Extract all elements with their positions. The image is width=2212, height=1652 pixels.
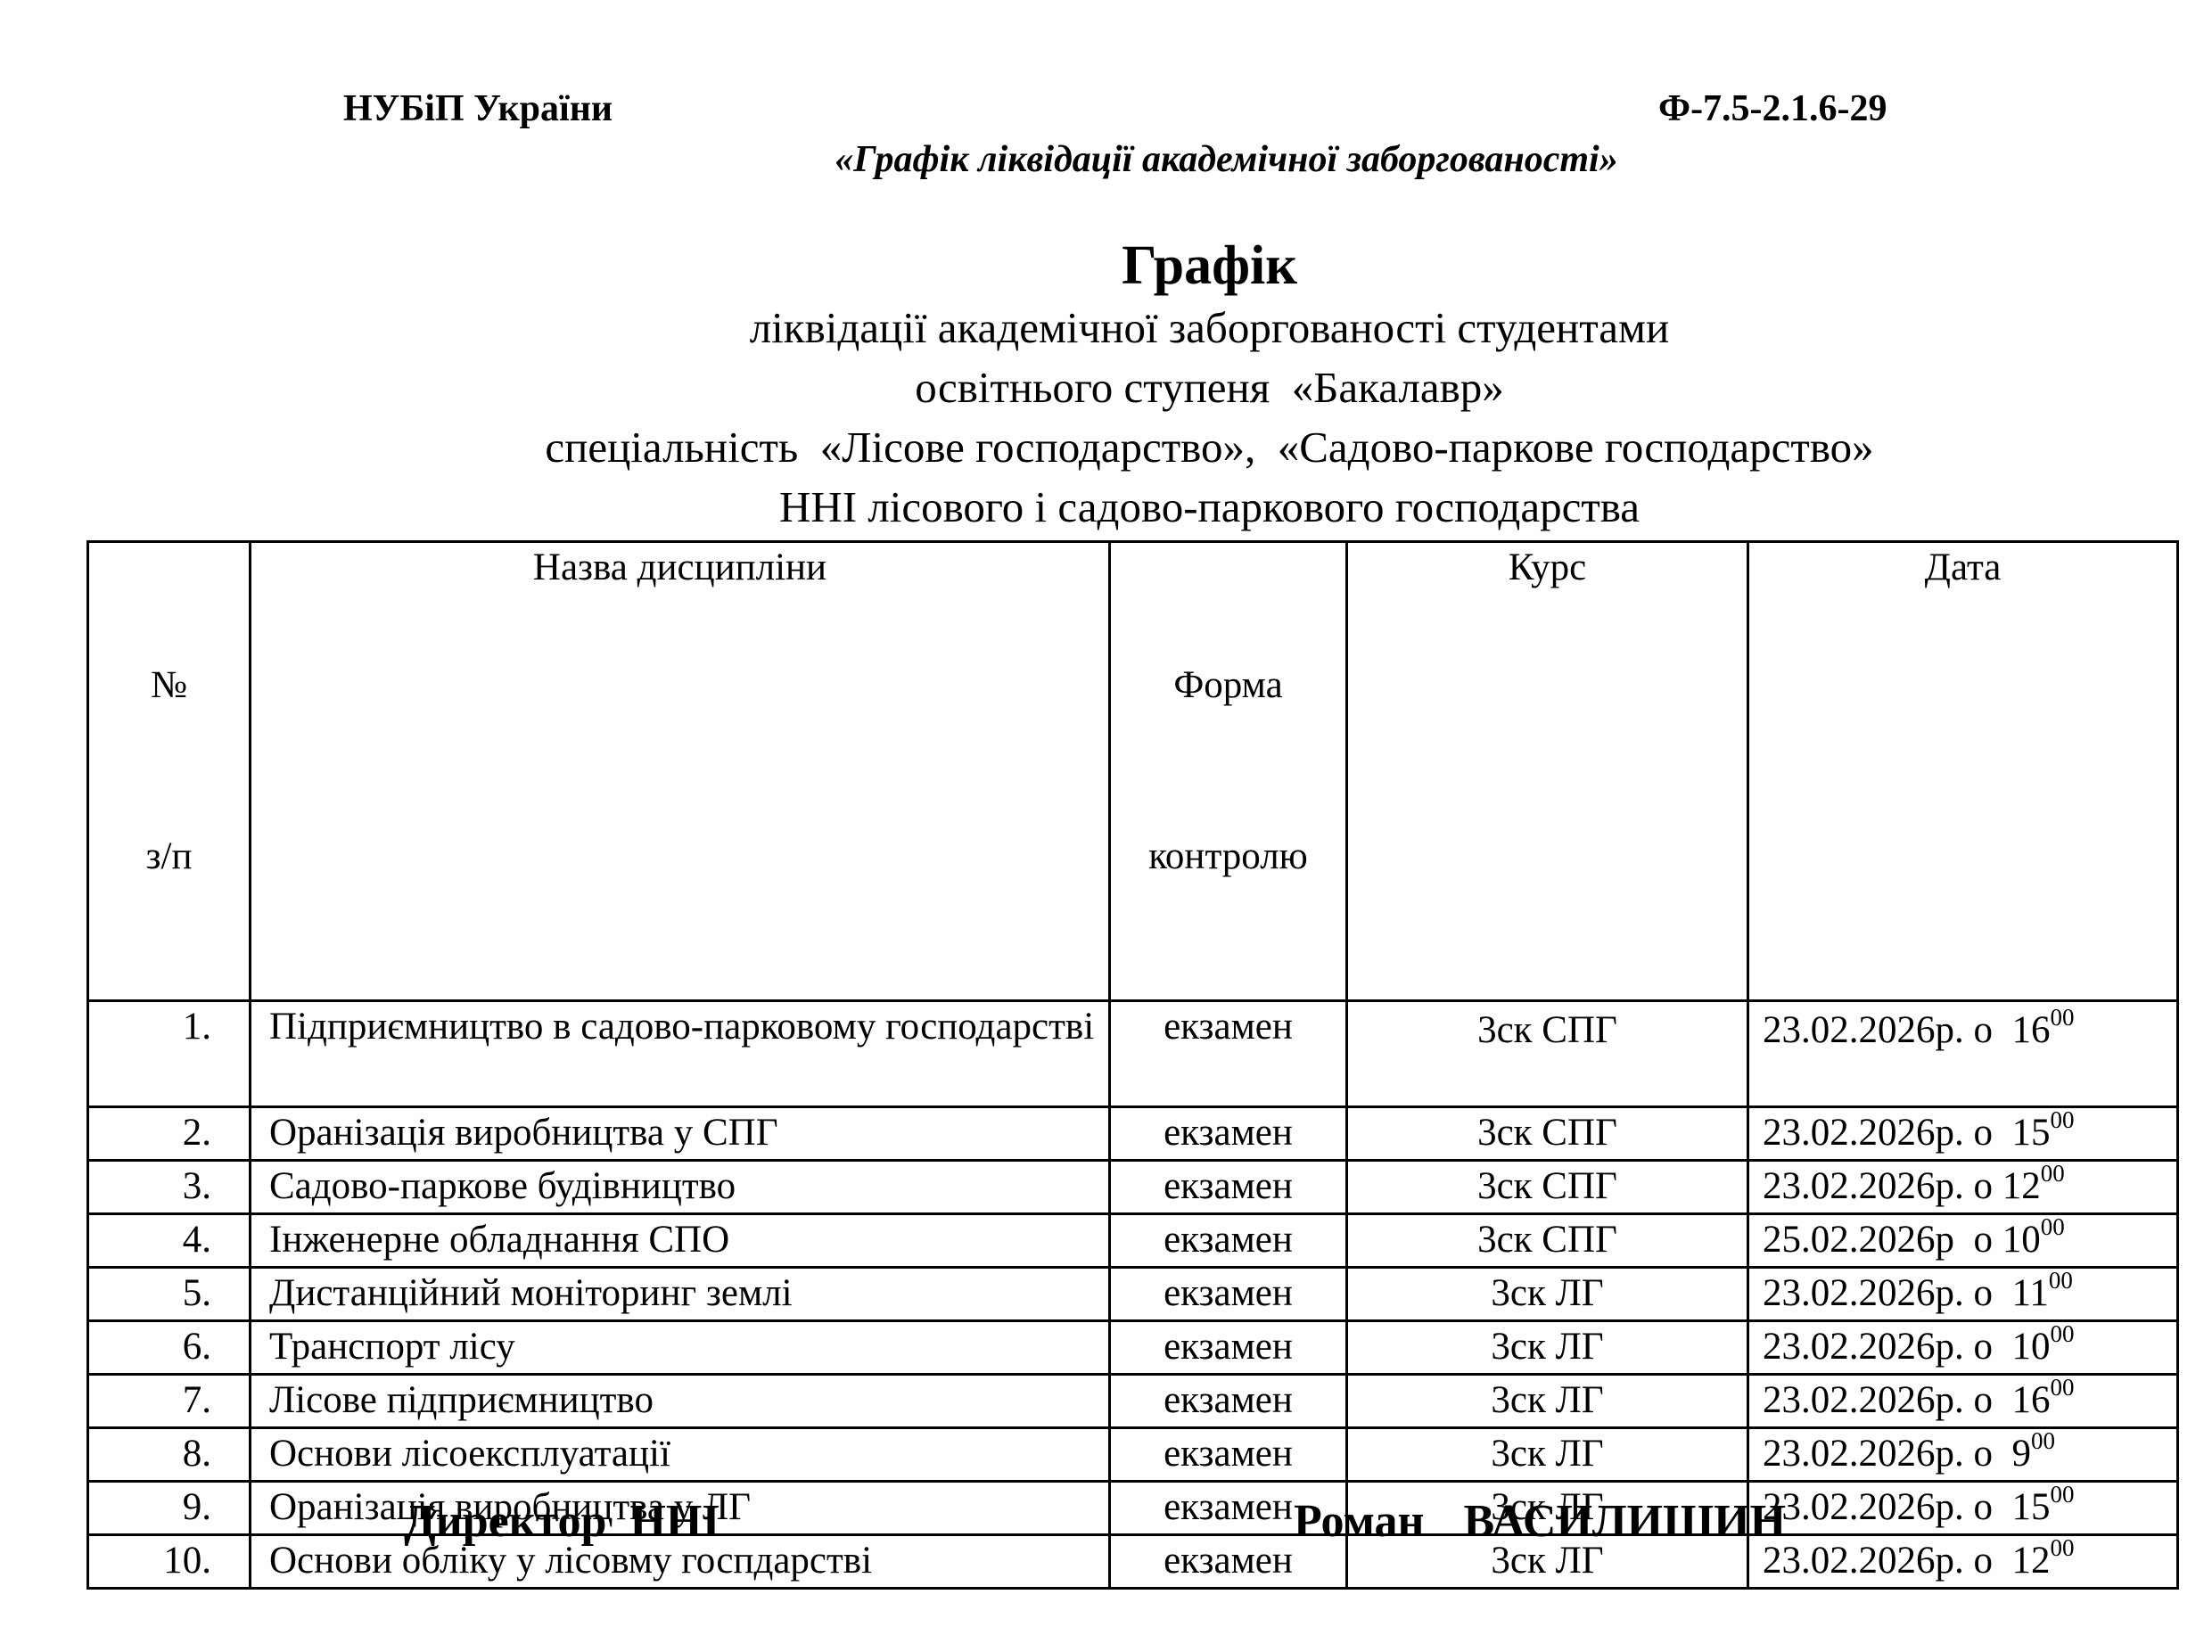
discipline-name: Інженерне обладнання СПО: [251, 1214, 1110, 1268]
column-header-control-form-line1: Форма: [1111, 657, 1345, 714]
row-number: 2.: [88, 1107, 251, 1161]
exam-date: 23.02.2026р. о 1600: [1748, 1375, 2178, 1428]
exam-time-minutes: 00: [2051, 1106, 2075, 1133]
exam-time-minutes: 00: [2051, 1320, 2075, 1347]
control-form: екзамен: [1110, 1161, 1347, 1214]
exam-time-minutes: 00: [2041, 1160, 2065, 1187]
signatory-last-name: ВАСИЛИШИН: [1464, 1496, 1787, 1547]
exam-date: 23.02.2026р. о 1600: [1748, 1001, 2178, 1107]
title-line-1: ліквідації академічної заборгованості ст…: [207, 298, 2212, 358]
column-header-control-form-line2: контролю: [1111, 828, 1345, 885]
control-form: екзамен: [1110, 1107, 1347, 1161]
row-number: 3.: [88, 1161, 251, 1214]
column-header-discipline: Назва дисципліни: [251, 542, 1110, 1001]
column-header-date: Дата: [1748, 542, 2178, 1001]
title-line-3: спеціальність «Лісове господарство», «Са…: [207, 417, 2212, 477]
table-row: 10.Основи обліку у лісовму госпдарствіек…: [88, 1535, 2178, 1589]
discipline-name: Транспорт лісу: [251, 1321, 1110, 1375]
signatory-position: Директор ННІ: [404, 1495, 720, 1548]
course: 3ск СПГ: [1347, 1107, 1748, 1161]
row-number: 7.: [88, 1375, 251, 1428]
row-number: 8.: [88, 1428, 251, 1482]
discipline-name: Оранізація виробництва у СПГ: [251, 1107, 1110, 1161]
exam-date-text: 23.02.2026р. о 9: [1763, 1433, 2031, 1475]
exam-date: 23.02.2026р. о 1500: [1748, 1482, 2178, 1535]
exam-date-text: 23.02.2026р. о 12: [1763, 1540, 2051, 1582]
control-form: екзамен: [1110, 1001, 1347, 1107]
exam-date: 23.02.2026р. о 1000: [1748, 1321, 2178, 1375]
organization-name: НУБіП України: [343, 87, 613, 130]
signatory-first-name: Роман: [1294, 1496, 1425, 1547]
exam-date-text: 23.02.2026р. о 12: [1763, 1165, 2041, 1207]
exam-time-minutes: 00: [2031, 1427, 2055, 1454]
control-form: екзамен: [1110, 1268, 1347, 1321]
table-row: 9.Оранізація виробництва у ЛГекзамен3ск …: [88, 1482, 2178, 1535]
course: 3ск СПГ: [1347, 1161, 1748, 1214]
exam-date: 23.02.2026р. о 1100: [1748, 1268, 2178, 1321]
row-number: 6.: [88, 1321, 251, 1375]
discipline-name: Основи лісоексплуатації: [251, 1428, 1110, 1482]
table-row: 2.Оранізація виробництва у СПГекзамен3ск…: [88, 1107, 2178, 1161]
exam-time-minutes: 00: [2051, 1481, 2075, 1508]
exam-date: 23.02.2026р. о 900: [1748, 1428, 2178, 1482]
course: 3ск ЛГ: [1347, 1321, 1748, 1375]
exam-date-text: 23.02.2026р. о 11: [1763, 1272, 2049, 1314]
column-header-number-line1: №: [89, 657, 249, 714]
table-row: 1.Підприємництво в садово-парковому госп…: [88, 1001, 2178, 1107]
exam-time-minutes: 00: [2049, 1267, 2073, 1294]
course: 3ск ЛГ: [1347, 1375, 1748, 1428]
document-title-block: Графік ліквідації академічної заборгован…: [0, 234, 2212, 537]
exam-time-minutes: 00: [2051, 1374, 2075, 1401]
document-title: Графік: [207, 234, 2212, 298]
exam-time-minutes: 00: [2041, 1213, 2065, 1240]
exam-schedule-table: № з/п Назва дисципліни Форма контролю Ку…: [86, 540, 2179, 1590]
exam-date-text: 25.02.2026р о 10: [1763, 1219, 2041, 1261]
course: 3ск СПГ: [1347, 1214, 1748, 1268]
exam-date: 23.02.2026р. о 1500: [1748, 1107, 2178, 1161]
form-title: «Графік ліквідації академічної заборгова…: [0, 138, 2212, 181]
title-line-4: ННІ лісового і садово-паркового господар…: [207, 477, 2212, 537]
column-header-control-form: Форма контролю: [1110, 542, 1347, 1001]
control-form: екзамен: [1110, 1375, 1347, 1428]
exam-date-text: 23.02.2026р. о 15: [1763, 1112, 2051, 1154]
control-form: екзамен: [1110, 1321, 1347, 1375]
row-number: 10.: [88, 1535, 251, 1589]
signatory-name: РоманВАСИЛИШИН: [1294, 1495, 1786, 1548]
control-form: екзамен: [1110, 1214, 1347, 1268]
table-row: 4.Інженерне обладнання СПОекзамен3ск СПГ…: [88, 1214, 2178, 1268]
table-row: 6.Транспорт лісуекзамен3ск ЛГ23.02.2026р…: [88, 1321, 2178, 1375]
title-line-2: освітнього ступеня «Бакалавр»: [207, 358, 2212, 417]
row-number: 4.: [88, 1214, 251, 1268]
control-form: екзамен: [1110, 1428, 1347, 1482]
exam-date-text: 23.02.2026р. о 15: [1763, 1486, 2051, 1528]
discipline-name: Підприємництво в садово-парковому господ…: [251, 1001, 1110, 1107]
table-row: 5.Дистанційний моніторинг земліекзамен3с…: [88, 1268, 2178, 1321]
column-header-number-line2: з/п: [89, 828, 249, 885]
table-row: 3.Садово-паркове будівництвоекзамен3ск С…: [88, 1161, 2178, 1214]
table-row: 8.Основи лісоексплуатаціїекзамен3ск ЛГ23…: [88, 1428, 2178, 1482]
course: 3ск СПГ: [1347, 1001, 1748, 1107]
course: 3ск ЛГ: [1347, 1268, 1748, 1321]
table-row: 7.Лісове підприємництвоекзамен3ск ЛГ23.0…: [88, 1375, 2178, 1428]
discipline-name: Дистанційний моніторинг землі: [251, 1268, 1110, 1321]
exam-date-text: 23.02.2026р. о 10: [1763, 1326, 2051, 1368]
row-number: 5.: [88, 1268, 251, 1321]
table-header-row: № з/п Назва дисципліни Форма контролю Ку…: [88, 542, 2178, 1001]
form-code: Ф-7.5-2.1.6-29: [1658, 87, 1887, 130]
exam-date: 23.02.2026р. о 1200: [1748, 1535, 2178, 1589]
row-number: 9.: [88, 1482, 251, 1535]
exam-date-text: 23.02.2026р. о 16: [1763, 1009, 2051, 1051]
discipline-name: Лісове підприємництво: [251, 1375, 1110, 1428]
row-number: 1.: [88, 1001, 251, 1107]
discipline-name: Садово-паркове будівництво: [251, 1161, 1110, 1214]
exam-time-minutes: 00: [2051, 1534, 2075, 1561]
exam-date: 23.02.2026р. о 1200: [1748, 1161, 2178, 1214]
exam-time-minutes: 00: [2051, 1004, 2075, 1031]
exam-date: 25.02.2026р о 1000: [1748, 1214, 2178, 1268]
column-header-course: Курс: [1347, 542, 1748, 1001]
exam-date-text: 23.02.2026р. о 16: [1763, 1379, 2051, 1421]
course: 3ск ЛГ: [1347, 1428, 1748, 1482]
column-header-number: № з/п: [88, 542, 251, 1001]
